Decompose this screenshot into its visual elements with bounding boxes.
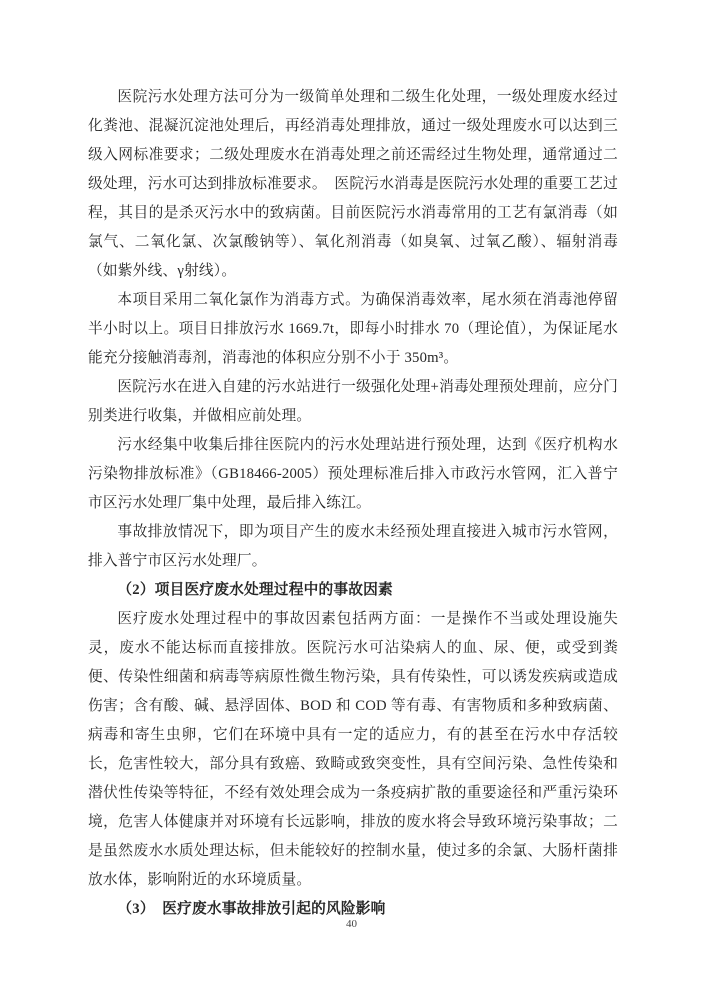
paragraph-accident-factor-details: 医疗废水处理过程中的事故因素包括两方面：一是操作不当或处理设施失灵，废水不能达标… <box>88 605 618 895</box>
heading-accident-factors: （2）项目医疗废水处理过程中的事故因素 <box>88 576 618 605</box>
paragraph-accident-discharge: 事故排放情况下，即为项目产生的废水未经预处理直接进入城市污水管网，排入普宁市区污… <box>88 518 618 576</box>
paragraph-pretreatment-collection: 医院污水在进入自建的污水站进行一级强化处理+消毒处理预处理前，应分门别类进行收集… <box>88 373 618 431</box>
document-page: 医院污水处理方法可分为一级简单处理和二级生化处理，一级处理废水经过化粪池、混凝沉… <box>0 0 703 994</box>
paragraph-discharge-standard: 污水经集中收集后排往医院内的污水处理站进行预处理，达到《医疗机构水污染物排放标准… <box>88 431 618 518</box>
paragraph-disinfection-method: 本项目采用二氧化氯作为消毒方式。为确保消毒效率，尾水须在消毒池停留半小时以上。项… <box>88 286 618 373</box>
page-number: 40 <box>0 918 703 930</box>
document-body: 医院污水处理方法可分为一级简单处理和二级生化处理，一级处理废水经过化粪池、混凝沉… <box>88 83 618 924</box>
paragraph-treatment-methods: 医院污水处理方法可分为一级简单处理和二级生化处理，一级处理废水经过化粪池、混凝沉… <box>88 83 618 286</box>
